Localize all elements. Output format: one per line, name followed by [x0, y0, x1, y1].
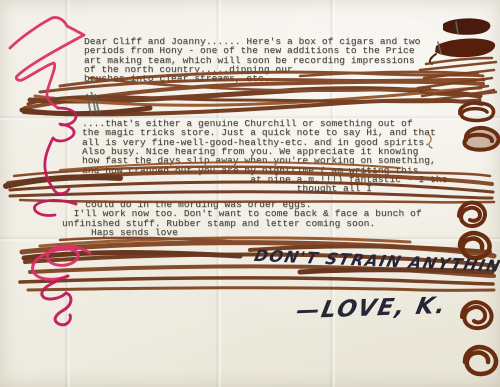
- typed-paragraph-closing: could do in the mording was order eggs. …: [62, 200, 422, 237]
- scanned-letter-page: Dear Cliff and Joanny...... Here's a box…: [0, 0, 500, 387]
- typed-paragraph-opening: Dear Cliff and Joanny...... Here's a box…: [84, 37, 420, 84]
- paper-fold-vertical-1: [64, 0, 71, 387]
- brown-marker-dots-right: [459, 203, 496, 374]
- red-marker-scribble-top-left: [10, 17, 84, 215]
- red-marker-scribble-bottom-left: [33, 246, 90, 324]
- handwritten-note: DON'T STRAIN ANYTHING!: [252, 246, 500, 277]
- pencil-smudge: [87, 92, 100, 116]
- handwritten-signature: —LOVE, K.: [294, 293, 449, 324]
- typed-paragraph-middle: ....that's either a genuine Churchill or…: [82, 119, 447, 194]
